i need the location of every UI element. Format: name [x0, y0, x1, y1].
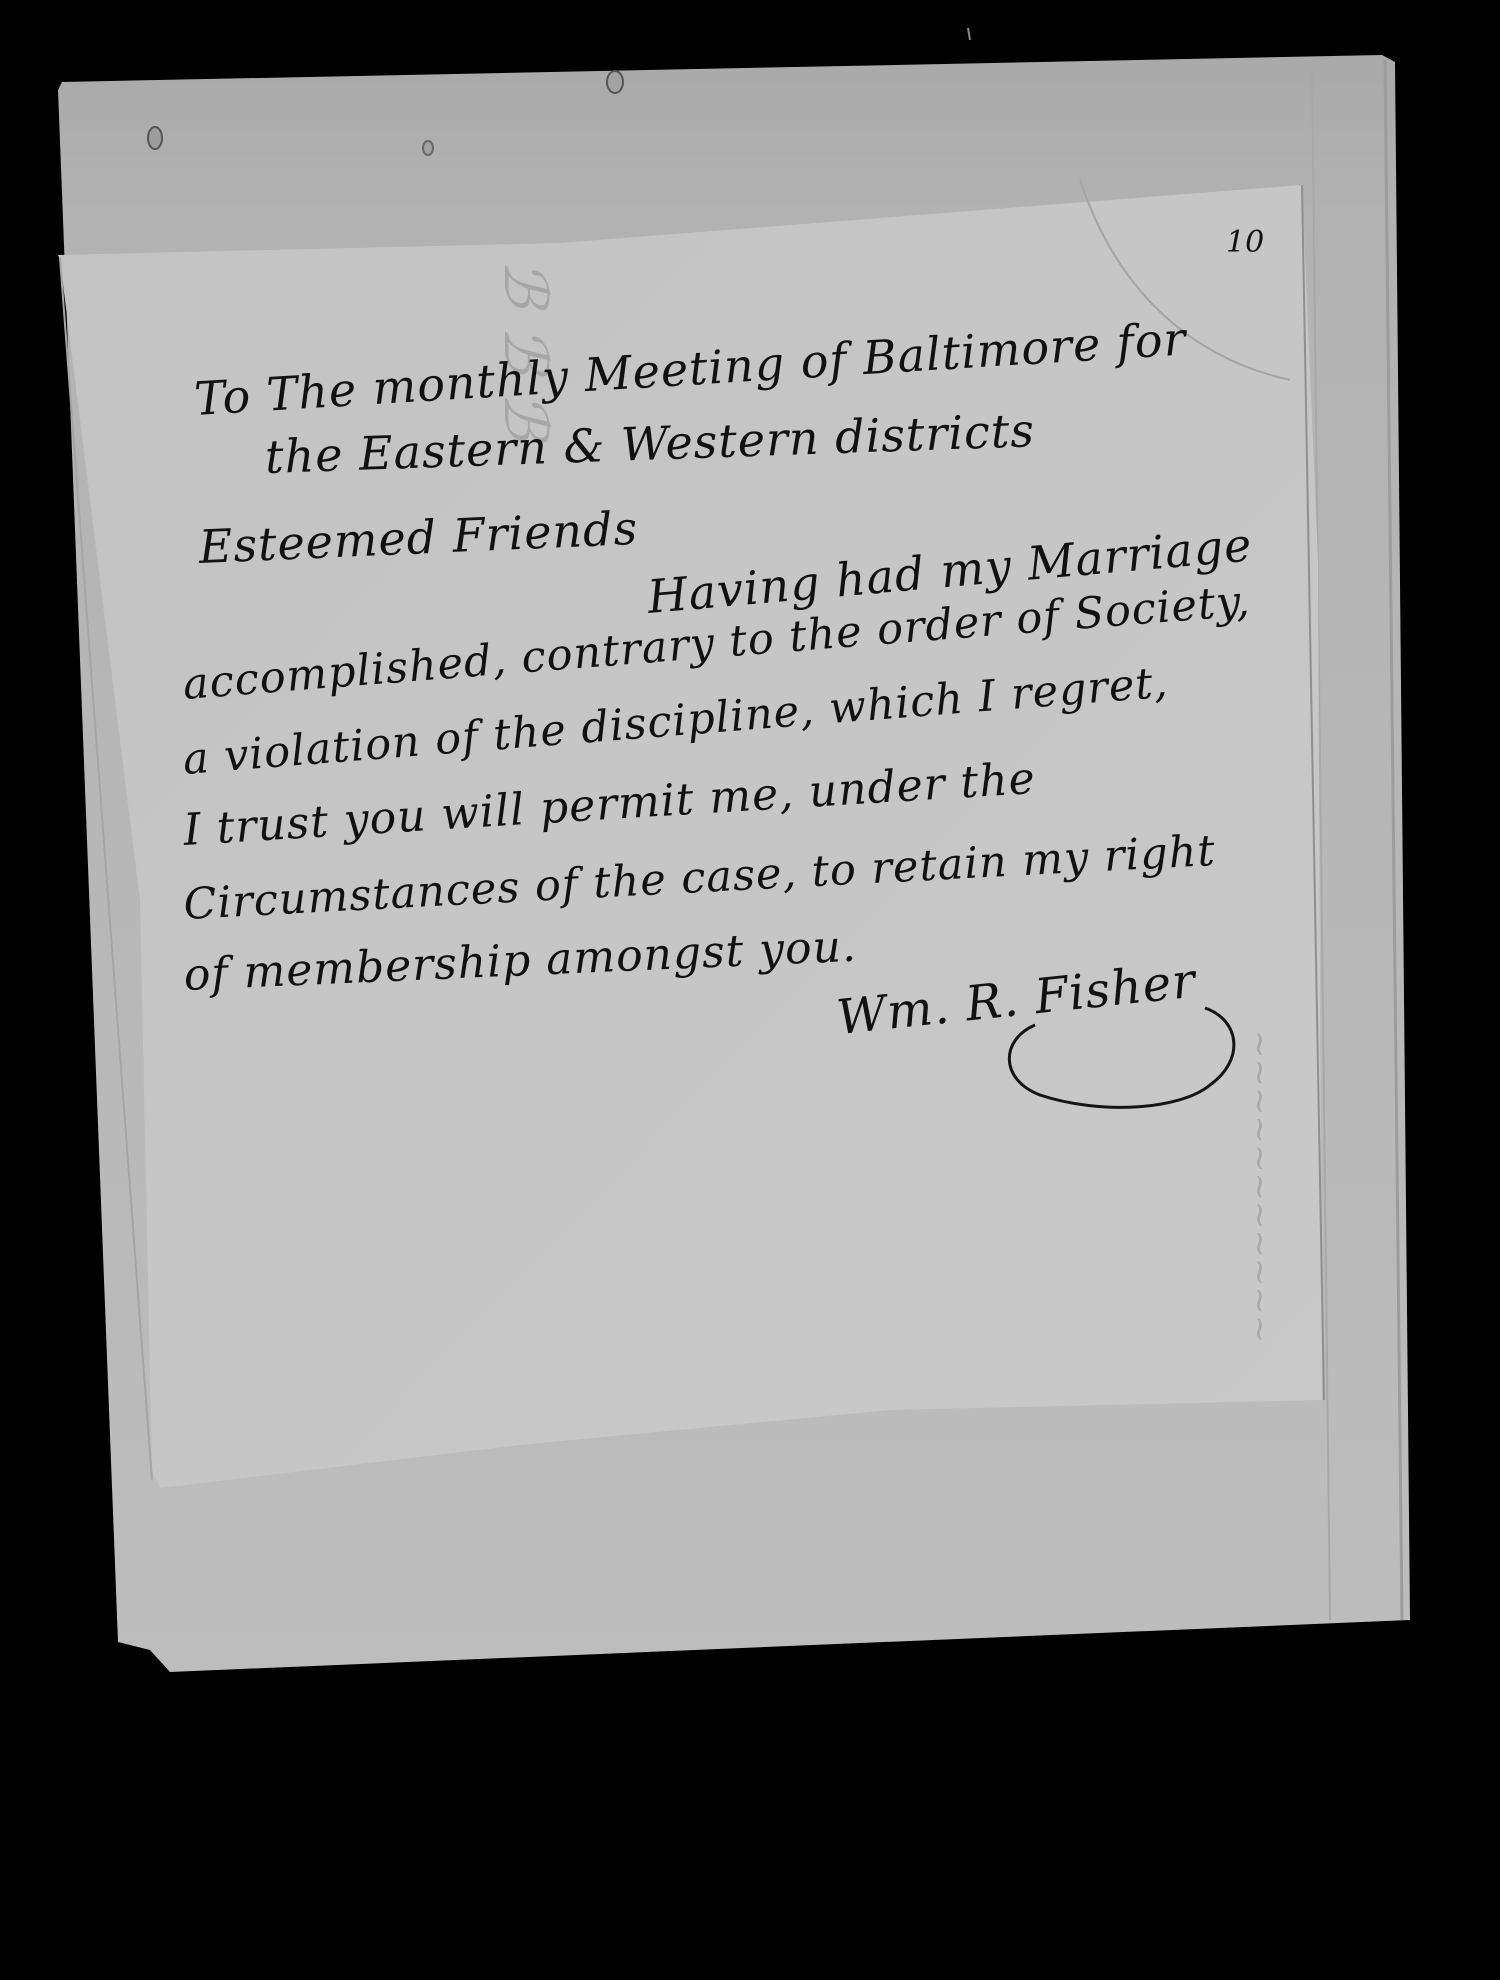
- page-number: 10: [1226, 225, 1264, 260]
- bleed-through-docket: ~~~~~~~~~~~: [1240, 1030, 1280, 1343]
